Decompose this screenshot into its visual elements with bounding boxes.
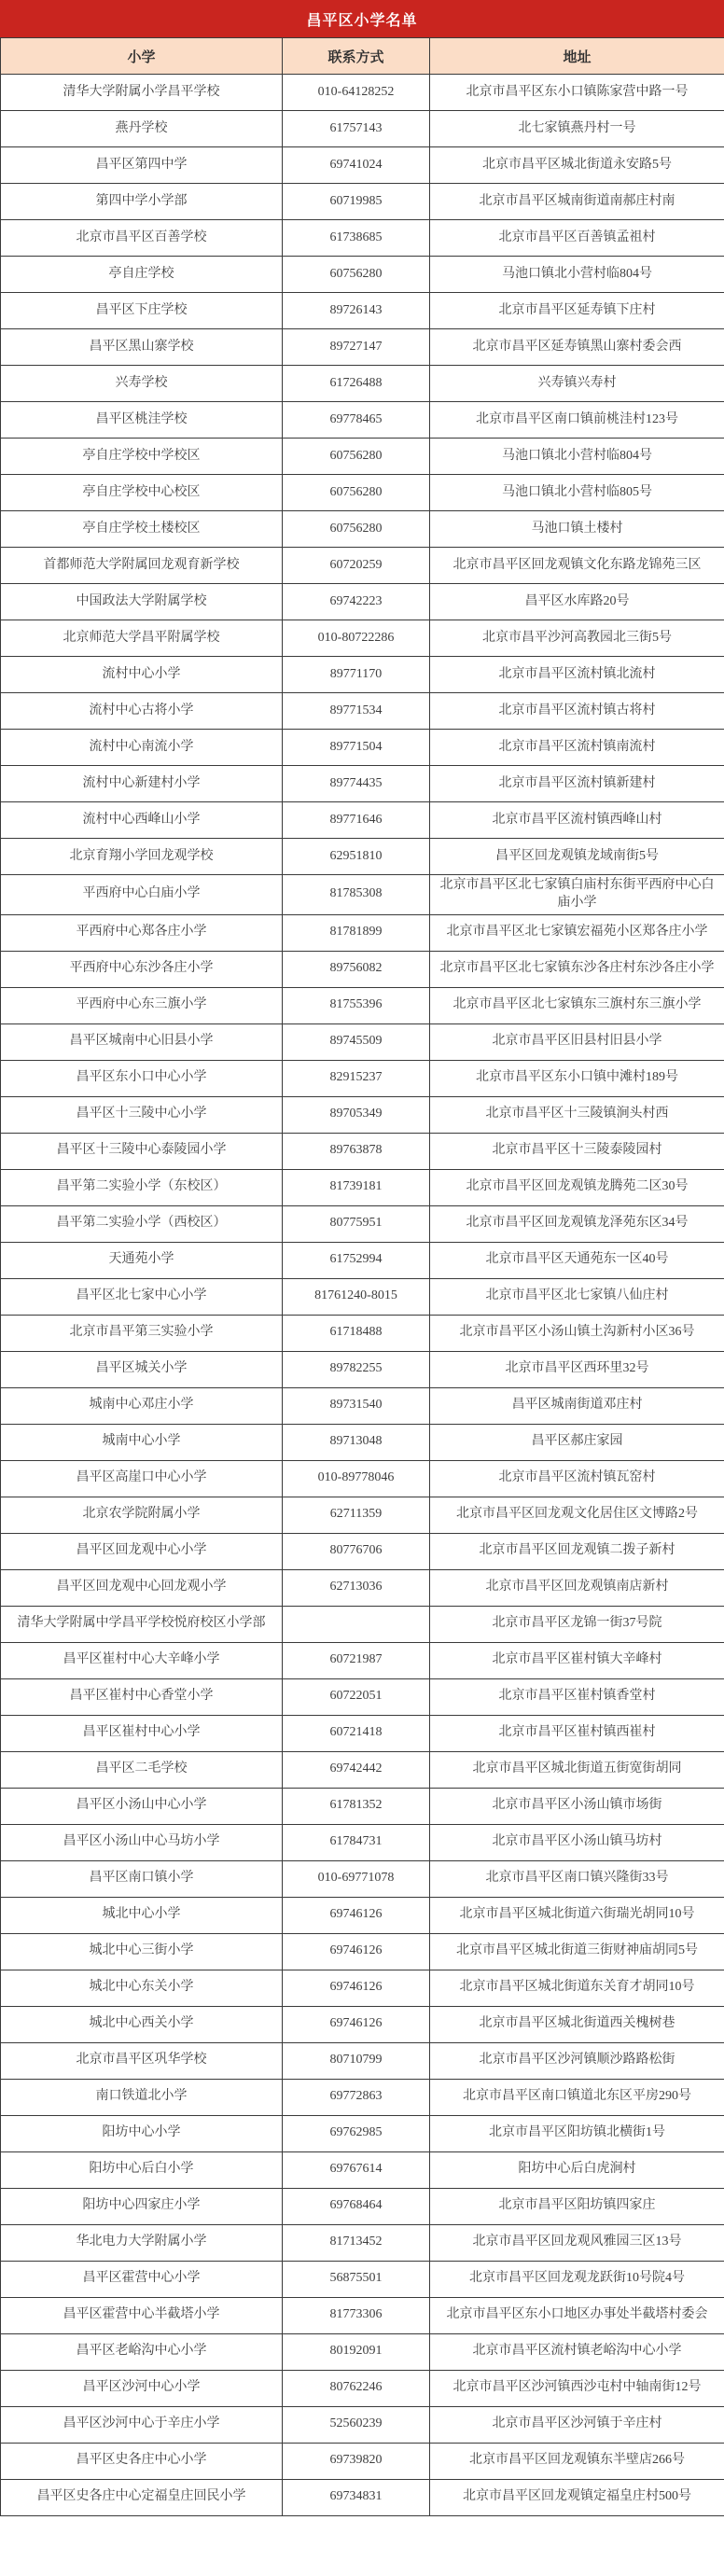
table-row: 昌平区城南中心旧县小学89745509北京市昌平区旧县村旧县小学 (1, 1023, 724, 1060)
phone-cell: 56875501 (283, 2261, 430, 2297)
school-cell: 昌平区第四中学 (1, 147, 283, 184)
table-row: 昌平区史各庄中心定福皇庄回民小学69734831北京市昌平区回龙观镇定福皇庄村5… (1, 2479, 724, 2515)
address-cell: 北京市昌平区北七家镇东三旗村东三旗小学 (430, 987, 724, 1023)
address-cell: 北京市昌平区回龙观镇龙腾苑二区30号 (430, 1169, 724, 1205)
table-row: 北京市昌平区百善学校61738685北京市昌平区百善镇孟祖村 (1, 220, 724, 257)
address-cell: 北京市昌平区流村镇新建村 (430, 766, 724, 802)
school-cell: 昌平区沙河中心小学 (1, 2370, 283, 2406)
table-row: 昌平区崔村中心香堂小学60722051北京市昌平区崔村镇香堂村 (1, 1678, 724, 1715)
phone-cell: 69746126 (283, 1897, 430, 1933)
school-cell: 华北电力大学附属小学 (1, 2224, 283, 2261)
address-cell: 北京市昌平区延寿镇下庄村 (430, 293, 724, 329)
phone-cell: 81755396 (283, 987, 430, 1023)
school-cell: 北京师范大学昌平附属学校 (1, 620, 283, 657)
school-cell: 昌平区高崖口中心小学 (1, 1460, 283, 1497)
school-cell: 第四中学小学部 (1, 184, 283, 220)
address-cell: 昌平区郝庄家园 (430, 1424, 724, 1460)
school-cell: 阳坊中心四家庄小学 (1, 2188, 283, 2224)
school-cell: 昌平区霍营中心半截塔小学 (1, 2297, 283, 2333)
phone-cell: 010-89778046 (283, 1460, 430, 1497)
table-row: 北京市昌平区巩华学校80710799北京市昌平区沙河镇顺沙路路松街 (1, 2042, 724, 2079)
phone-cell: 89771646 (283, 802, 430, 839)
school-cell: 清华大学附属小学昌平学校 (1, 75, 283, 111)
phone-cell: 81713452 (283, 2224, 430, 2261)
address-cell: 北京市昌平区回龙观镇龙泽苑东区34号 (430, 1205, 724, 1242)
address-cell: 北京市昌平区流村镇老峪沟中心小学 (430, 2333, 724, 2370)
school-cell: 阳坊中心小学 (1, 2115, 283, 2151)
address-cell: 北京市昌平区回龙观龙跃街10号院4号 (430, 2261, 724, 2297)
table-row: 南口铁道北小学69772863北京市昌平区南口镇道北东区平房290号 (1, 2079, 724, 2115)
table-row: 流村中心新建村小学89774435北京市昌平区流村镇新建村 (1, 766, 724, 802)
phone-cell: 62711359 (283, 1497, 430, 1533)
address-cell: 北京市昌平区小汤山镇市场街 (430, 1788, 724, 1824)
school-cell: 北京市昌平区百善学校 (1, 220, 283, 257)
phone-cell: 60722051 (283, 1678, 430, 1715)
address-cell: 北京市昌平区回龙观镇文化东路龙锦苑三区 (430, 548, 724, 584)
school-cell: 流村中心西峰山小学 (1, 802, 283, 839)
phone-cell: 69746126 (283, 1933, 430, 1970)
address-cell: 北京市昌平区天通苑东一区40号 (430, 1242, 724, 1278)
phone-cell: 69778465 (283, 402, 430, 439)
school-cell: 城北中心西关小学 (1, 2006, 283, 2042)
phone-cell: 81773306 (283, 2297, 430, 2333)
address-cell: 北京市昌平区北七家镇八仙庄村 (430, 1278, 724, 1315)
school-cell: 平西府中心郑各庄小学 (1, 914, 283, 951)
school-cell: 昌平区十三陵中心泰陵园小学 (1, 1133, 283, 1169)
table-row: 北京育翔小学回龙观学校62951810昌平区回龙观镇龙域南街5号 (1, 839, 724, 875)
phone-cell: 60756280 (283, 439, 430, 475)
phone-cell: 60756280 (283, 257, 430, 293)
address-cell: 北京市昌平区崔村镇西崔村 (430, 1715, 724, 1751)
school-cell: 城北中心小学 (1, 1897, 283, 1933)
table-row: 昌平区小汤山中心小学61781352北京市昌平区小汤山镇市场街 (1, 1788, 724, 1824)
school-cell: 昌平第二实验小学（东校区） (1, 1169, 283, 1205)
table-row: 北京师范大学昌平附属学校010-80722286北京市昌平沙河高教园北三街5号 (1, 620, 724, 657)
school-cell: 昌平区史各庄中心定福皇庄回民小学 (1, 2479, 283, 2515)
address-cell: 北京市昌平区沙河镇于辛庄村 (430, 2406, 724, 2443)
address-cell: 北京市昌平区南口镇兴隆街33号 (430, 1860, 724, 1897)
school-cell: 昌平区十三陵中心小学 (1, 1096, 283, 1133)
address-cell: 北京市昌平区流村镇北流村 (430, 657, 724, 693)
table-row: 昌平区霍营中心小学56875501北京市昌平区回龙观龙跃街10号院4号 (1, 2261, 724, 2297)
address-cell: 北京市昌平区百善镇孟祖村 (430, 220, 724, 257)
table-row: 昌平第二实验小学（东校区）81739181北京市昌平区回龙观镇龙腾苑二区30号 (1, 1169, 724, 1205)
phone-cell: 010-69771078 (283, 1860, 430, 1897)
phone-cell: 89756082 (283, 951, 430, 987)
address-cell: 北京市昌平区旧县村旧县小学 (430, 1023, 724, 1060)
school-cell: 昌平区老峪沟中心小学 (1, 2333, 283, 2370)
school-cell: 昌平第二实验小学（西校区） (1, 1205, 283, 1242)
school-cell: 中国政法大学附属学校 (1, 584, 283, 620)
phone-cell: 80776706 (283, 1533, 430, 1569)
phone-cell: 89731540 (283, 1387, 430, 1424)
table-row: 昌平区东小口中心小学82915237北京市昌平区东小口镇中滩村189号 (1, 1060, 724, 1096)
table-row: 昌平区沙河中心小学80762246北京市昌平区沙河镇西沙屯村中轴南街12号 (1, 2370, 724, 2406)
table-row: 平西府中心东沙各庄小学89756082北京市昌平区北七家镇东沙各庄村东沙各庄小学 (1, 951, 724, 987)
address-cell: 北京市昌平区城北街道东关育才胡同10号 (430, 1970, 724, 2006)
address-cell: 北七家镇燕丹村一号 (430, 111, 724, 147)
address-cell: 北京市昌平区流村镇瓦窑村 (430, 1460, 724, 1497)
school-cell: 昌平区黑山寨学校 (1, 329, 283, 366)
table-row: 昌平区十三陵中心泰陵园小学89763878北京市昌平区十三陵泰陵园村 (1, 1133, 724, 1169)
table-row: 阳坊中心小学69762985北京市昌平区阳坊镇北横街1号 (1, 2115, 724, 2151)
phone-cell: 80762246 (283, 2370, 430, 2406)
table-row: 流村中心西峰山小学89771646北京市昌平区流村镇西峰山村 (1, 802, 724, 839)
school-cell: 昌平区霍营中心小学 (1, 2261, 283, 2297)
phone-cell: 89771170 (283, 657, 430, 693)
address-cell: 北京市昌平区沙河镇顺沙路路松街 (430, 2042, 724, 2079)
phone-cell: 62951810 (283, 839, 430, 875)
school-cell: 流村中心小学 (1, 657, 283, 693)
address-cell: 北京市昌平区城北街道永安路5号 (430, 147, 724, 184)
phone-cell: 81781899 (283, 914, 430, 951)
table-row: 昌平区回龙观中心回龙观小学62713036北京市昌平区回龙观镇南店新村 (1, 1569, 724, 1606)
address-cell: 北京市昌平区东小口地区办事处半截塔村委会 (430, 2297, 724, 2333)
phone-cell: 81761240-8015 (283, 1278, 430, 1315)
school-cell: 城北中心东关小学 (1, 1970, 283, 2006)
address-cell: 北京市昌平区回龙观文化居住区文博路2号 (430, 1497, 724, 1533)
address-cell: 马池口镇北小营村临805号 (430, 475, 724, 511)
table-row: 昌平区沙河中心于辛庄小学52560239北京市昌平区沙河镇于辛庄村 (1, 2406, 724, 2443)
table-row: 昌平区霍营中心半截塔小学81773306北京市昌平区东小口地区办事处半截塔村委会 (1, 2297, 724, 2333)
school-cell: 昌平区桃洼学校 (1, 402, 283, 439)
table-row: 城北中心小学69746126北京市昌平区城北街道六街瑞光胡同10号 (1, 1897, 724, 1933)
school-cell: 昌平区崔村中心大辛峰小学 (1, 1642, 283, 1678)
school-cell: 昌平区东小口中心小学 (1, 1060, 283, 1096)
address-cell: 北京市昌平区流村镇古将村 (430, 693, 724, 730)
school-cell: 北京农学院附属小学 (1, 1497, 283, 1533)
phone-cell: 61752994 (283, 1242, 430, 1278)
table-row: 城南中心邓庄小学89731540昌平区城南街道邓庄村 (1, 1387, 724, 1424)
phone-cell: 81785308 (283, 875, 430, 915)
address-cell: 北京市昌平区西环里32号 (430, 1351, 724, 1387)
table-row: 阳坊中心四家庄小学69768464北京市昌平区阳坊镇四家庄 (1, 2188, 724, 2224)
school-cell: 昌平区下庄学校 (1, 293, 283, 329)
address-cell: 马池口镇北小营村临804号 (430, 257, 724, 293)
school-table: 小学 联系方式 地址 清华大学附属小学昌平学校010-64128252北京市昌平… (0, 37, 724, 2516)
address-cell: 北京市昌平区崔村镇大辛峰村 (430, 1642, 724, 1678)
table-row: 清华大学附属中学昌平学校悦府校区小学部北京市昌平区龙锦一街37号院 (1, 1606, 724, 1642)
school-cell: 清华大学附属中学昌平学校悦府校区小学部 (1, 1606, 283, 1642)
address-cell: 兴寿镇兴寿村 (430, 366, 724, 402)
address-cell: 北京市昌平区阳坊镇四家庄 (430, 2188, 724, 2224)
address-cell: 北京市昌平区崔村镇香堂村 (430, 1678, 724, 1715)
address-cell: 北京市昌平区城北街道六街瑞光胡同10号 (430, 1897, 724, 1933)
school-cell: 昌平区崔村中心香堂小学 (1, 1678, 283, 1715)
table-header-row: 小学 联系方式 地址 (1, 38, 724, 75)
table-row: 昌平区老峪沟中心小学80192091北京市昌平区流村镇老峪沟中心小学 (1, 2333, 724, 2370)
address-cell: 北京市昌平区流村镇西峰山村 (430, 802, 724, 839)
phone-cell: 62713036 (283, 1569, 430, 1606)
school-cell: 首都师范大学附属回龙观育新学校 (1, 548, 283, 584)
school-cell: 流村中心南流小学 (1, 730, 283, 766)
address-cell: 北京市昌平区北七家镇白庙村东街平西府中心白庙小学 (430, 875, 724, 915)
table-row: 亭自庄学校土楼校区60756280马池口镇土楼村 (1, 511, 724, 548)
column-header-address: 地址 (430, 38, 724, 75)
phone-cell: 89745509 (283, 1023, 430, 1060)
table-row: 昌平区桃洼学校69778465北京市昌平区南口镇前桃洼村123号 (1, 402, 724, 439)
page-title: 昌平区小学名单 (0, 0, 724, 37)
address-cell: 北京市昌平区城北街道西关槐树巷 (430, 2006, 724, 2042)
table-row: 城南中心小学89713048昌平区郝庄家园 (1, 1424, 724, 1460)
address-cell: 昌平区城南街道邓庄村 (430, 1387, 724, 1424)
school-cell: 燕丹学校 (1, 111, 283, 147)
column-header-school: 小学 (1, 38, 283, 75)
address-cell: 北京市昌平区东小口镇中滩村189号 (430, 1060, 724, 1096)
phone-cell: 60720259 (283, 548, 430, 584)
address-cell: 北京市昌平区小汤山镇土沟新村小区36号 (430, 1315, 724, 1351)
phone-cell: 69739820 (283, 2443, 430, 2479)
phone-cell: 89713048 (283, 1424, 430, 1460)
address-cell: 昌平区水库路20号 (430, 584, 724, 620)
school-cell: 亭自庄学校中学校区 (1, 439, 283, 475)
address-cell: 北京市昌平区城南街道南郝庄村南 (430, 184, 724, 220)
phone-cell: 89771534 (283, 693, 430, 730)
table-body: 清华大学附属小学昌平学校010-64128252北京市昌平区东小口镇陈家营中路一… (1, 75, 724, 2516)
table-row: 昌平区北七家中心小学81761240-8015北京市昌平区北七家镇八仙庄村 (1, 1278, 724, 1315)
table-row: 北京市昌平第三实验小学61718488北京市昌平区小汤山镇土沟新村小区36号 (1, 1315, 724, 1351)
school-cell: 城南中心邓庄小学 (1, 1387, 283, 1424)
table-row: 昌平区二毛学校69742442北京市昌平区城北街道五街宽街胡同 (1, 1751, 724, 1788)
address-cell: 北京市昌平区延寿镇黑山寨村委会西 (430, 329, 724, 366)
phone-cell (283, 1606, 430, 1642)
table-row: 北京农学院附属小学62711359北京市昌平区回龙观文化居住区文博路2号 (1, 1497, 724, 1533)
school-cell: 北京市昌平第三实验小学 (1, 1315, 283, 1351)
school-cell: 昌平区回龙观中心小学 (1, 1533, 283, 1569)
address-cell: 北京市昌平区回龙观镇二拨子新村 (430, 1533, 724, 1569)
school-cell: 昌平区北七家中心小学 (1, 1278, 283, 1315)
address-cell: 北京市昌平区南口镇前桃洼村123号 (430, 402, 724, 439)
table-row: 昌平区小汤山中心马坊小学61784731北京市昌平区小汤山镇马坊村 (1, 1824, 724, 1860)
phone-cell: 61738685 (283, 220, 430, 257)
school-cell: 平西府中心东沙各庄小学 (1, 951, 283, 987)
phone-cell: 010-64128252 (283, 75, 430, 111)
phone-cell: 89771504 (283, 730, 430, 766)
table-row: 昌平区崔村中心小学60721418北京市昌平区崔村镇西崔村 (1, 1715, 724, 1751)
school-cell: 昌平区史各庄中心小学 (1, 2443, 283, 2479)
school-cell: 平西府中心白庙小学 (1, 875, 283, 915)
school-cell: 亭自庄学校中心校区 (1, 475, 283, 511)
table-row: 昌平区下庄学校89726143北京市昌平区延寿镇下庄村 (1, 293, 724, 329)
table-row: 第四中学小学部60719985北京市昌平区城南街道南郝庄村南 (1, 184, 724, 220)
table-row: 燕丹学校61757143北七家镇燕丹村一号 (1, 111, 724, 147)
table-row: 中国政法大学附属学校69742223昌平区水库路20号 (1, 584, 724, 620)
table-row: 首都师范大学附属回龙观育新学校60720259北京市昌平区回龙观镇文化东路龙锦苑… (1, 548, 724, 584)
address-cell: 北京市昌平区流村镇南流村 (430, 730, 724, 766)
table-row: 平西府中心白庙小学81785308北京市昌平区北七家镇白庙村东街平西府中心白庙小… (1, 875, 724, 915)
table-row: 华北电力大学附属小学81713452北京市昌平区回龙观风雅园三区13号 (1, 2224, 724, 2261)
phone-cell: 80710799 (283, 2042, 430, 2079)
school-cell: 亭自庄学校土楼校区 (1, 511, 283, 548)
phone-cell: 89782255 (283, 1351, 430, 1387)
phone-cell: 89763878 (283, 1133, 430, 1169)
table-row: 清华大学附属小学昌平学校010-64128252北京市昌平区东小口镇陈家营中路一… (1, 75, 724, 111)
table-row: 昌平区城关小学89782255北京市昌平区西环里32号 (1, 1351, 724, 1387)
address-cell: 北京市昌平沙河高教园北三街5号 (430, 620, 724, 657)
table-row: 阳坊中心后白小学69767614阳坊中心后白虎涧村 (1, 2151, 724, 2188)
table-row: 昌平区十三陵中心小学89705349北京市昌平区十三陵镇涧头村西 (1, 1096, 724, 1133)
phone-cell: 82915237 (283, 1060, 430, 1096)
phone-cell: 69768464 (283, 2188, 430, 2224)
table-row: 亭自庄学校60756280马池口镇北小营村临804号 (1, 257, 724, 293)
table-row: 亭自庄学校中学校区60756280马池口镇北小营村临804号 (1, 439, 724, 475)
school-cell: 城南中心小学 (1, 1424, 283, 1460)
table-row: 昌平区回龙观中心小学80776706北京市昌平区回龙观镇二拨子新村 (1, 1533, 724, 1569)
phone-cell: 010-80722286 (283, 620, 430, 657)
phone-cell: 60756280 (283, 475, 430, 511)
school-cell: 北京市昌平区巩华学校 (1, 2042, 283, 2079)
school-cell: 流村中心新建村小学 (1, 766, 283, 802)
table-row: 昌平区第四中学69741024北京市昌平区城北街道永安路5号 (1, 147, 724, 184)
table-row: 流村中心南流小学89771504北京市昌平区流村镇南流村 (1, 730, 724, 766)
table-row: 城北中心东关小学69746126北京市昌平区城北街道东关育才胡同10号 (1, 1970, 724, 2006)
phone-cell: 69746126 (283, 2006, 430, 2042)
school-cell: 阳坊中心后白小学 (1, 2151, 283, 2188)
school-cell: 亭自庄学校 (1, 257, 283, 293)
table-row: 昌平区南口镇小学010-69771078北京市昌平区南口镇兴隆街33号 (1, 1860, 724, 1897)
address-cell: 北京市昌平区回龙观镇定福皇庄村500号 (430, 2479, 724, 2515)
address-cell: 北京市昌平区北七家镇东沙各庄村东沙各庄小学 (430, 951, 724, 987)
table-row: 城北中心西关小学69746126北京市昌平区城北街道西关槐树巷 (1, 2006, 724, 2042)
phone-cell: 60721987 (283, 1642, 430, 1678)
address-cell: 北京市昌平区回龙观镇东半壁店266号 (430, 2443, 724, 2479)
school-cell: 北京育翔小学回龙观学校 (1, 839, 283, 875)
table-row: 平西府中心郑各庄小学81781899北京市昌平区北七家镇宏福苑小区郑各庄小学 (1, 914, 724, 951)
phone-cell: 89727147 (283, 329, 430, 366)
school-cell: 兴寿学校 (1, 366, 283, 402)
address-cell: 北京市昌平区北七家镇宏福苑小区郑各庄小学 (430, 914, 724, 951)
address-cell: 马池口镇北小营村临804号 (430, 439, 724, 475)
address-cell: 北京市昌平区南口镇道北东区平房290号 (430, 2079, 724, 2115)
phone-cell: 52560239 (283, 2406, 430, 2443)
address-cell: 北京市昌平区十三陵泰陵园村 (430, 1133, 724, 1169)
school-cell: 昌平区小汤山中心马坊小学 (1, 1824, 283, 1860)
address-cell: 北京市昌平区龙锦一街37号院 (430, 1606, 724, 1642)
table-row: 城北中心三街小学69746126北京市昌平区城北街道三街财神庙胡同5号 (1, 1933, 724, 1970)
school-cell: 南口铁道北小学 (1, 2079, 283, 2115)
school-cell: 平西府中心东三旗小学 (1, 987, 283, 1023)
phone-cell: 61784731 (283, 1824, 430, 1860)
phone-cell: 89774435 (283, 766, 430, 802)
school-cell: 昌平区小汤山中心小学 (1, 1788, 283, 1824)
address-cell: 北京市昌平区十三陵镇涧头村西 (430, 1096, 724, 1133)
address-cell: 昌平区回龙观镇龙域南街5号 (430, 839, 724, 875)
school-cell: 流村中心古将小学 (1, 693, 283, 730)
school-cell: 城北中心三街小学 (1, 1933, 283, 1970)
column-header-phone: 联系方式 (283, 38, 430, 75)
address-cell: 北京市昌平区小汤山镇马坊村 (430, 1824, 724, 1860)
phone-cell: 61781352 (283, 1788, 430, 1824)
phone-cell: 69762985 (283, 2115, 430, 2151)
phone-cell: 69746126 (283, 1970, 430, 2006)
phone-cell: 80775951 (283, 1205, 430, 1242)
address-cell: 北京市昌平区阳坊镇北横街1号 (430, 2115, 724, 2151)
school-cell: 昌平区城关小学 (1, 1351, 283, 1387)
phone-cell: 69742223 (283, 584, 430, 620)
school-cell: 天通苑小学 (1, 1242, 283, 1278)
phone-cell: 61757143 (283, 111, 430, 147)
table-row: 昌平区高崖口中心小学010-89778046北京市昌平区流村镇瓦窑村 (1, 1460, 724, 1497)
school-cell: 昌平区南口镇小学 (1, 1860, 283, 1897)
phone-cell: 69772863 (283, 2079, 430, 2115)
address-cell: 北京市昌平区城北街道三街财神庙胡同5号 (430, 1933, 724, 1970)
table-row: 昌平区崔村中心大辛峰小学60721987北京市昌平区崔村镇大辛峰村 (1, 1642, 724, 1678)
table-row: 平西府中心东三旗小学81755396北京市昌平区北七家镇东三旗村东三旗小学 (1, 987, 724, 1023)
phone-cell: 60756280 (283, 511, 430, 548)
school-cell: 昌平区崔村中心小学 (1, 1715, 283, 1751)
address-cell: 北京市昌平区回龙观风雅园三区13号 (430, 2224, 724, 2261)
phone-cell: 61726488 (283, 366, 430, 402)
phone-cell: 69734831 (283, 2479, 430, 2515)
address-cell: 马池口镇土楼村 (430, 511, 724, 548)
table-row: 天通苑小学61752994北京市昌平区天通苑东一区40号 (1, 1242, 724, 1278)
phone-cell: 60721418 (283, 1715, 430, 1751)
phone-cell: 89705349 (283, 1096, 430, 1133)
table-row: 亭自庄学校中心校区60756280马池口镇北小营村临805号 (1, 475, 724, 511)
table-row: 兴寿学校61726488兴寿镇兴寿村 (1, 366, 724, 402)
school-cell: 昌平区城南中心旧县小学 (1, 1023, 283, 1060)
table-row: 昌平第二实验小学（西校区）80775951北京市昌平区回龙观镇龙泽苑东区34号 (1, 1205, 724, 1242)
school-cell: 昌平区回龙观中心回龙观小学 (1, 1569, 283, 1606)
table-row: 流村中心古将小学89771534北京市昌平区流村镇古将村 (1, 693, 724, 730)
school-cell: 昌平区沙河中心于辛庄小学 (1, 2406, 283, 2443)
address-cell: 阳坊中心后白虎涧村 (430, 2151, 724, 2188)
table-row: 昌平区黑山寨学校89727147北京市昌平区延寿镇黑山寨村委会西 (1, 329, 724, 366)
table-row: 昌平区史各庄中心小学69739820北京市昌平区回龙观镇东半壁店266号 (1, 2443, 724, 2479)
phone-cell: 81739181 (283, 1169, 430, 1205)
phone-cell: 61718488 (283, 1315, 430, 1351)
school-cell: 昌平区二毛学校 (1, 1751, 283, 1788)
phone-cell: 69742442 (283, 1751, 430, 1788)
phone-cell: 80192091 (283, 2333, 430, 2370)
address-cell: 北京市昌平区回龙观镇南店新村 (430, 1569, 724, 1606)
address-cell: 北京市昌平区沙河镇西沙屯村中轴南街12号 (430, 2370, 724, 2406)
phone-cell: 69741024 (283, 147, 430, 184)
phone-cell: 89726143 (283, 293, 430, 329)
address-cell: 北京市昌平区东小口镇陈家营中路一号 (430, 75, 724, 111)
school-list-page: 昌平区小学名单 小学 联系方式 地址 清华大学附属小学昌平学校010-64128… (0, 0, 724, 2516)
phone-cell: 69767614 (283, 2151, 430, 2188)
address-cell: 北京市昌平区城北街道五街宽街胡同 (430, 1751, 724, 1788)
phone-cell: 60719985 (283, 184, 430, 220)
table-row: 流村中心小学89771170北京市昌平区流村镇北流村 (1, 657, 724, 693)
